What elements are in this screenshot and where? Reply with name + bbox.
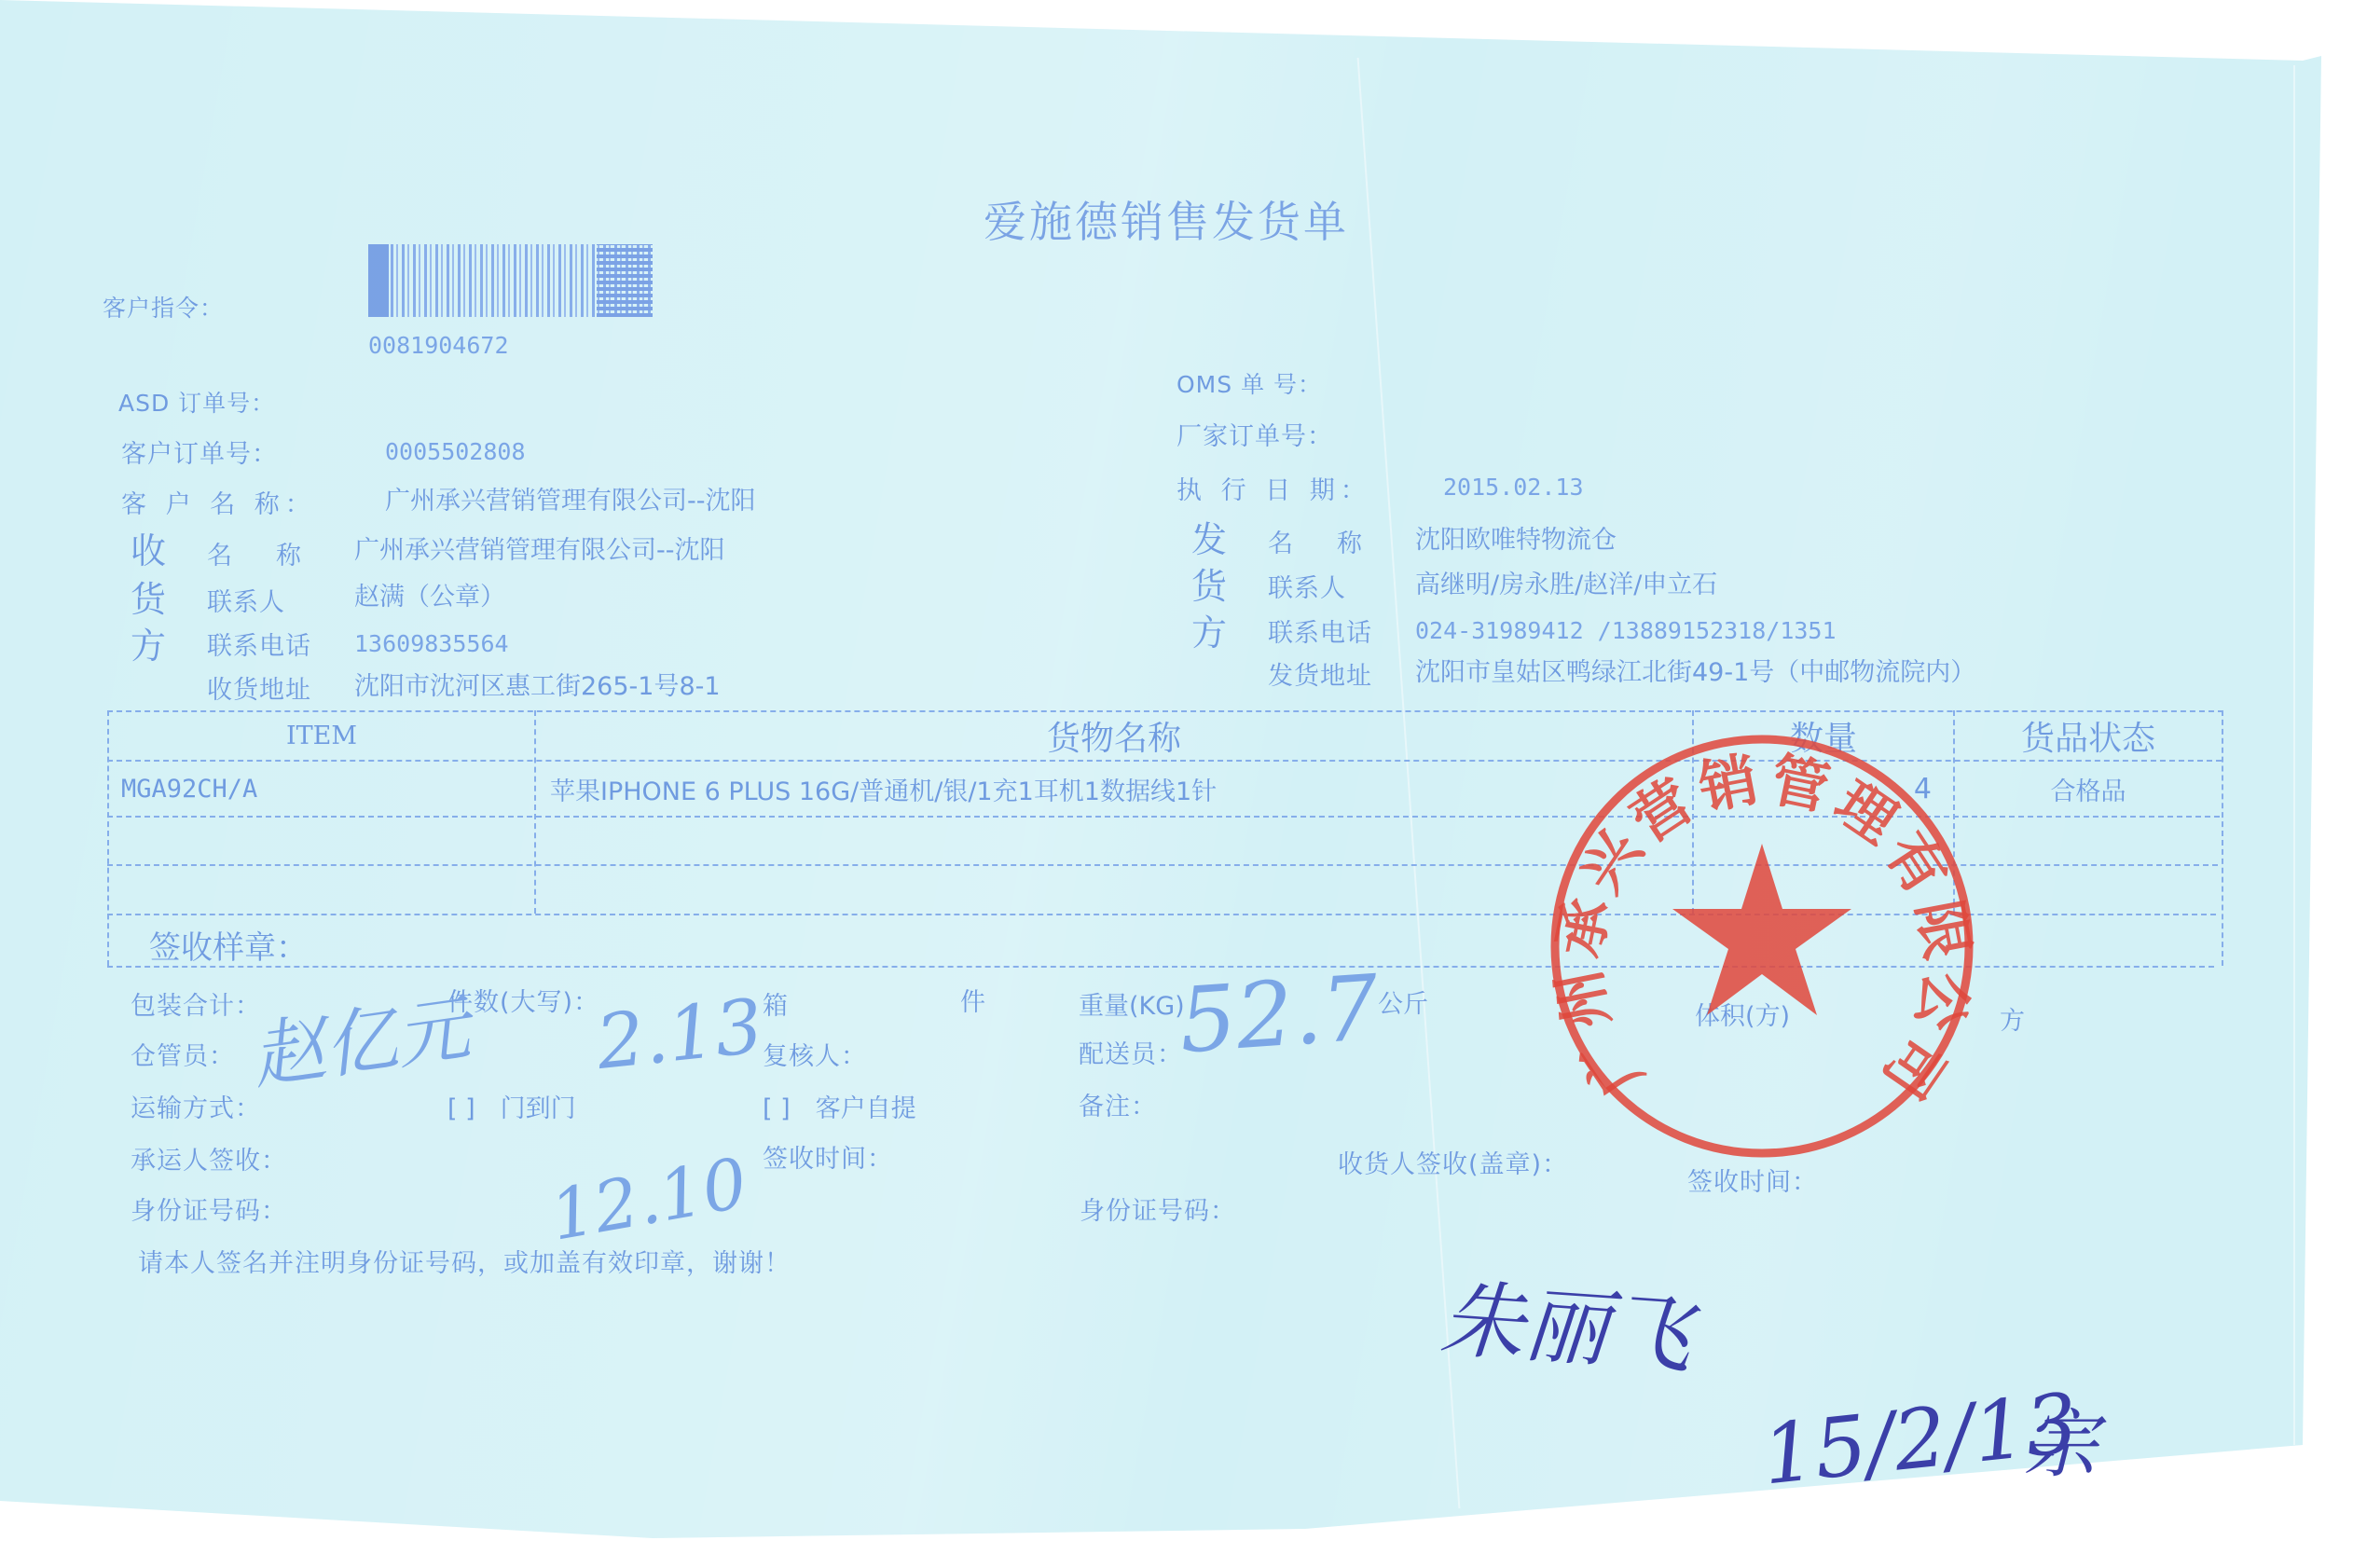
sender-address-label: 发货地址: [1268, 664, 1372, 689]
pieces-label: 件数(大写)：: [447, 990, 599, 1015]
sign-stamp-label: 签收样章：: [149, 932, 308, 964]
piece-label: 件: [960, 990, 985, 1015]
door-to-door-option[interactable]: [ ] 门到门: [447, 1096, 576, 1121]
handwritten-weight: 52.7: [1176, 963, 1382, 1066]
table-header-goods-name: 货物名称: [536, 712, 1692, 760]
receiver-name-label: 名 称: [207, 543, 310, 569]
customer-instruction-value: 0081904672: [368, 334, 509, 357]
sender-address-value: 沈阳市皇姑区鸭绿江北街49-1号（中邮物流院内）: [1415, 660, 1975, 685]
sender-side-char-1: 发: [1191, 522, 1227, 557]
cell-status: 合格品: [1955, 762, 2222, 816]
receiver-contact-label: 联系人: [207, 590, 285, 615]
exec-date-label: 执 行 日 期：: [1176, 478, 1371, 503]
asd-order-label: ASD 订单号：: [118, 392, 275, 415]
receiver-sign-label: 收货人签收(盖章)：: [1338, 1152, 1568, 1177]
table-header-status: 货品状态: [1955, 712, 2222, 760]
factory-order-label: 厂家订单号：: [1176, 424, 1333, 449]
receiver-side-char-2: 货: [131, 582, 166, 617]
sender-name-value: 沈阳欧唯特物流仓: [1415, 528, 1617, 553]
deliverer-label: 配送员：: [1079, 1042, 1183, 1067]
customer-name-value: 广州承兴营销管理有限公司--沈阳: [385, 488, 756, 514]
warehouse-keeper-label: 仓管员：: [131, 1044, 235, 1069]
self-pickup-option[interactable]: [ ] 客户自提: [763, 1096, 916, 1121]
company-seal-stamp: 广州承兴营销管理有限公司: [1548, 732, 1976, 1161]
receiver-name-value: 广州承兴营销管理有限公司--沈阳: [354, 538, 725, 563]
receiver-side-char-1: 收: [131, 533, 166, 569]
receiver-sign-time-label: 签收时间：: [1687, 1170, 1818, 1195]
cell-goods-name: 苹果IPHONE 6 PLUS 16G/普通机/银/1充1耳机1数据线1针: [550, 762, 1687, 816]
package-total-label: 包装合计：: [131, 994, 261, 1019]
sign-time-label: 签收时间：: [763, 1147, 893, 1172]
receiver-contact-value: 赵满（公章）: [354, 585, 505, 610]
receiver-phone-value: 13609835564: [354, 632, 509, 655]
remarks-label: 备注：: [1079, 1094, 1157, 1120]
id-number-label-left: 身份证号码：: [131, 1199, 287, 1224]
signature-notice: 请本人签名并注明身份证号码，或加盖有效印章，谢谢！: [138, 1251, 791, 1276]
reviewer-label: 复核人：: [763, 1044, 867, 1069]
customer-order-label: 客户订单号：: [121, 442, 278, 467]
star-icon: [1672, 844, 1851, 1015]
barcode: [368, 244, 653, 317]
customer-instruction-label: 客户指令：: [103, 296, 224, 320]
exec-date-value: 2015.02.13: [1443, 475, 1584, 499]
transport-label: 运输方式：: [131, 1096, 261, 1121]
sender-phone-label: 联系电话: [1268, 621, 1372, 646]
handwritten-receiver-extra: 宗: [2023, 1408, 2098, 1482]
document-title: 爱施德销售发货单: [984, 200, 1349, 243]
customer-name-label: 客 户 名 称：: [121, 492, 316, 517]
weight-label: 重量(KG): [1079, 994, 1185, 1019]
customer-order-value: 0005502808: [385, 440, 526, 463]
sender-contact-label: 联系人: [1268, 576, 1346, 601]
cell-item-code: MGA92CH/A: [121, 762, 531, 816]
table-header-item: ITEM: [109, 712, 534, 760]
box-label: 箱: [763, 994, 788, 1019]
sender-contact-value: 高继明/房永胜/赵洋/申立石: [1415, 572, 1717, 598]
volume-unit: 方: [2000, 1009, 2025, 1034]
sender-side-char-2: 货: [1191, 569, 1227, 604]
receiver-side-char-3: 方: [131, 628, 166, 664]
weight-unit: 公斤: [1378, 992, 1428, 1017]
sender-side-char-3: 方: [1191, 615, 1227, 651]
id-number-label-right: 身份证号码：: [1080, 1199, 1236, 1224]
sender-phone-value: 024-31989412 /13889152318/1351: [1415, 619, 1837, 642]
handwritten-keeper-date: 2.13: [593, 989, 766, 1080]
carrier-sign-label: 承运人签收：: [131, 1148, 287, 1174]
receiver-address-label: 收货地址: [207, 678, 311, 703]
handwritten-receiver-signature: 朱丽飞: [1438, 1278, 1695, 1380]
receiver-address-value: 沈阳市沈河区惠工街265-1号8-1: [354, 674, 721, 699]
paper-fold: [2293, 65, 2295, 1445]
receiver-phone-label: 联系电话: [207, 634, 311, 659]
sender-name-label: 名 称: [1268, 531, 1371, 557]
oms-label: OMS 单 号：: [1176, 373, 1322, 396]
